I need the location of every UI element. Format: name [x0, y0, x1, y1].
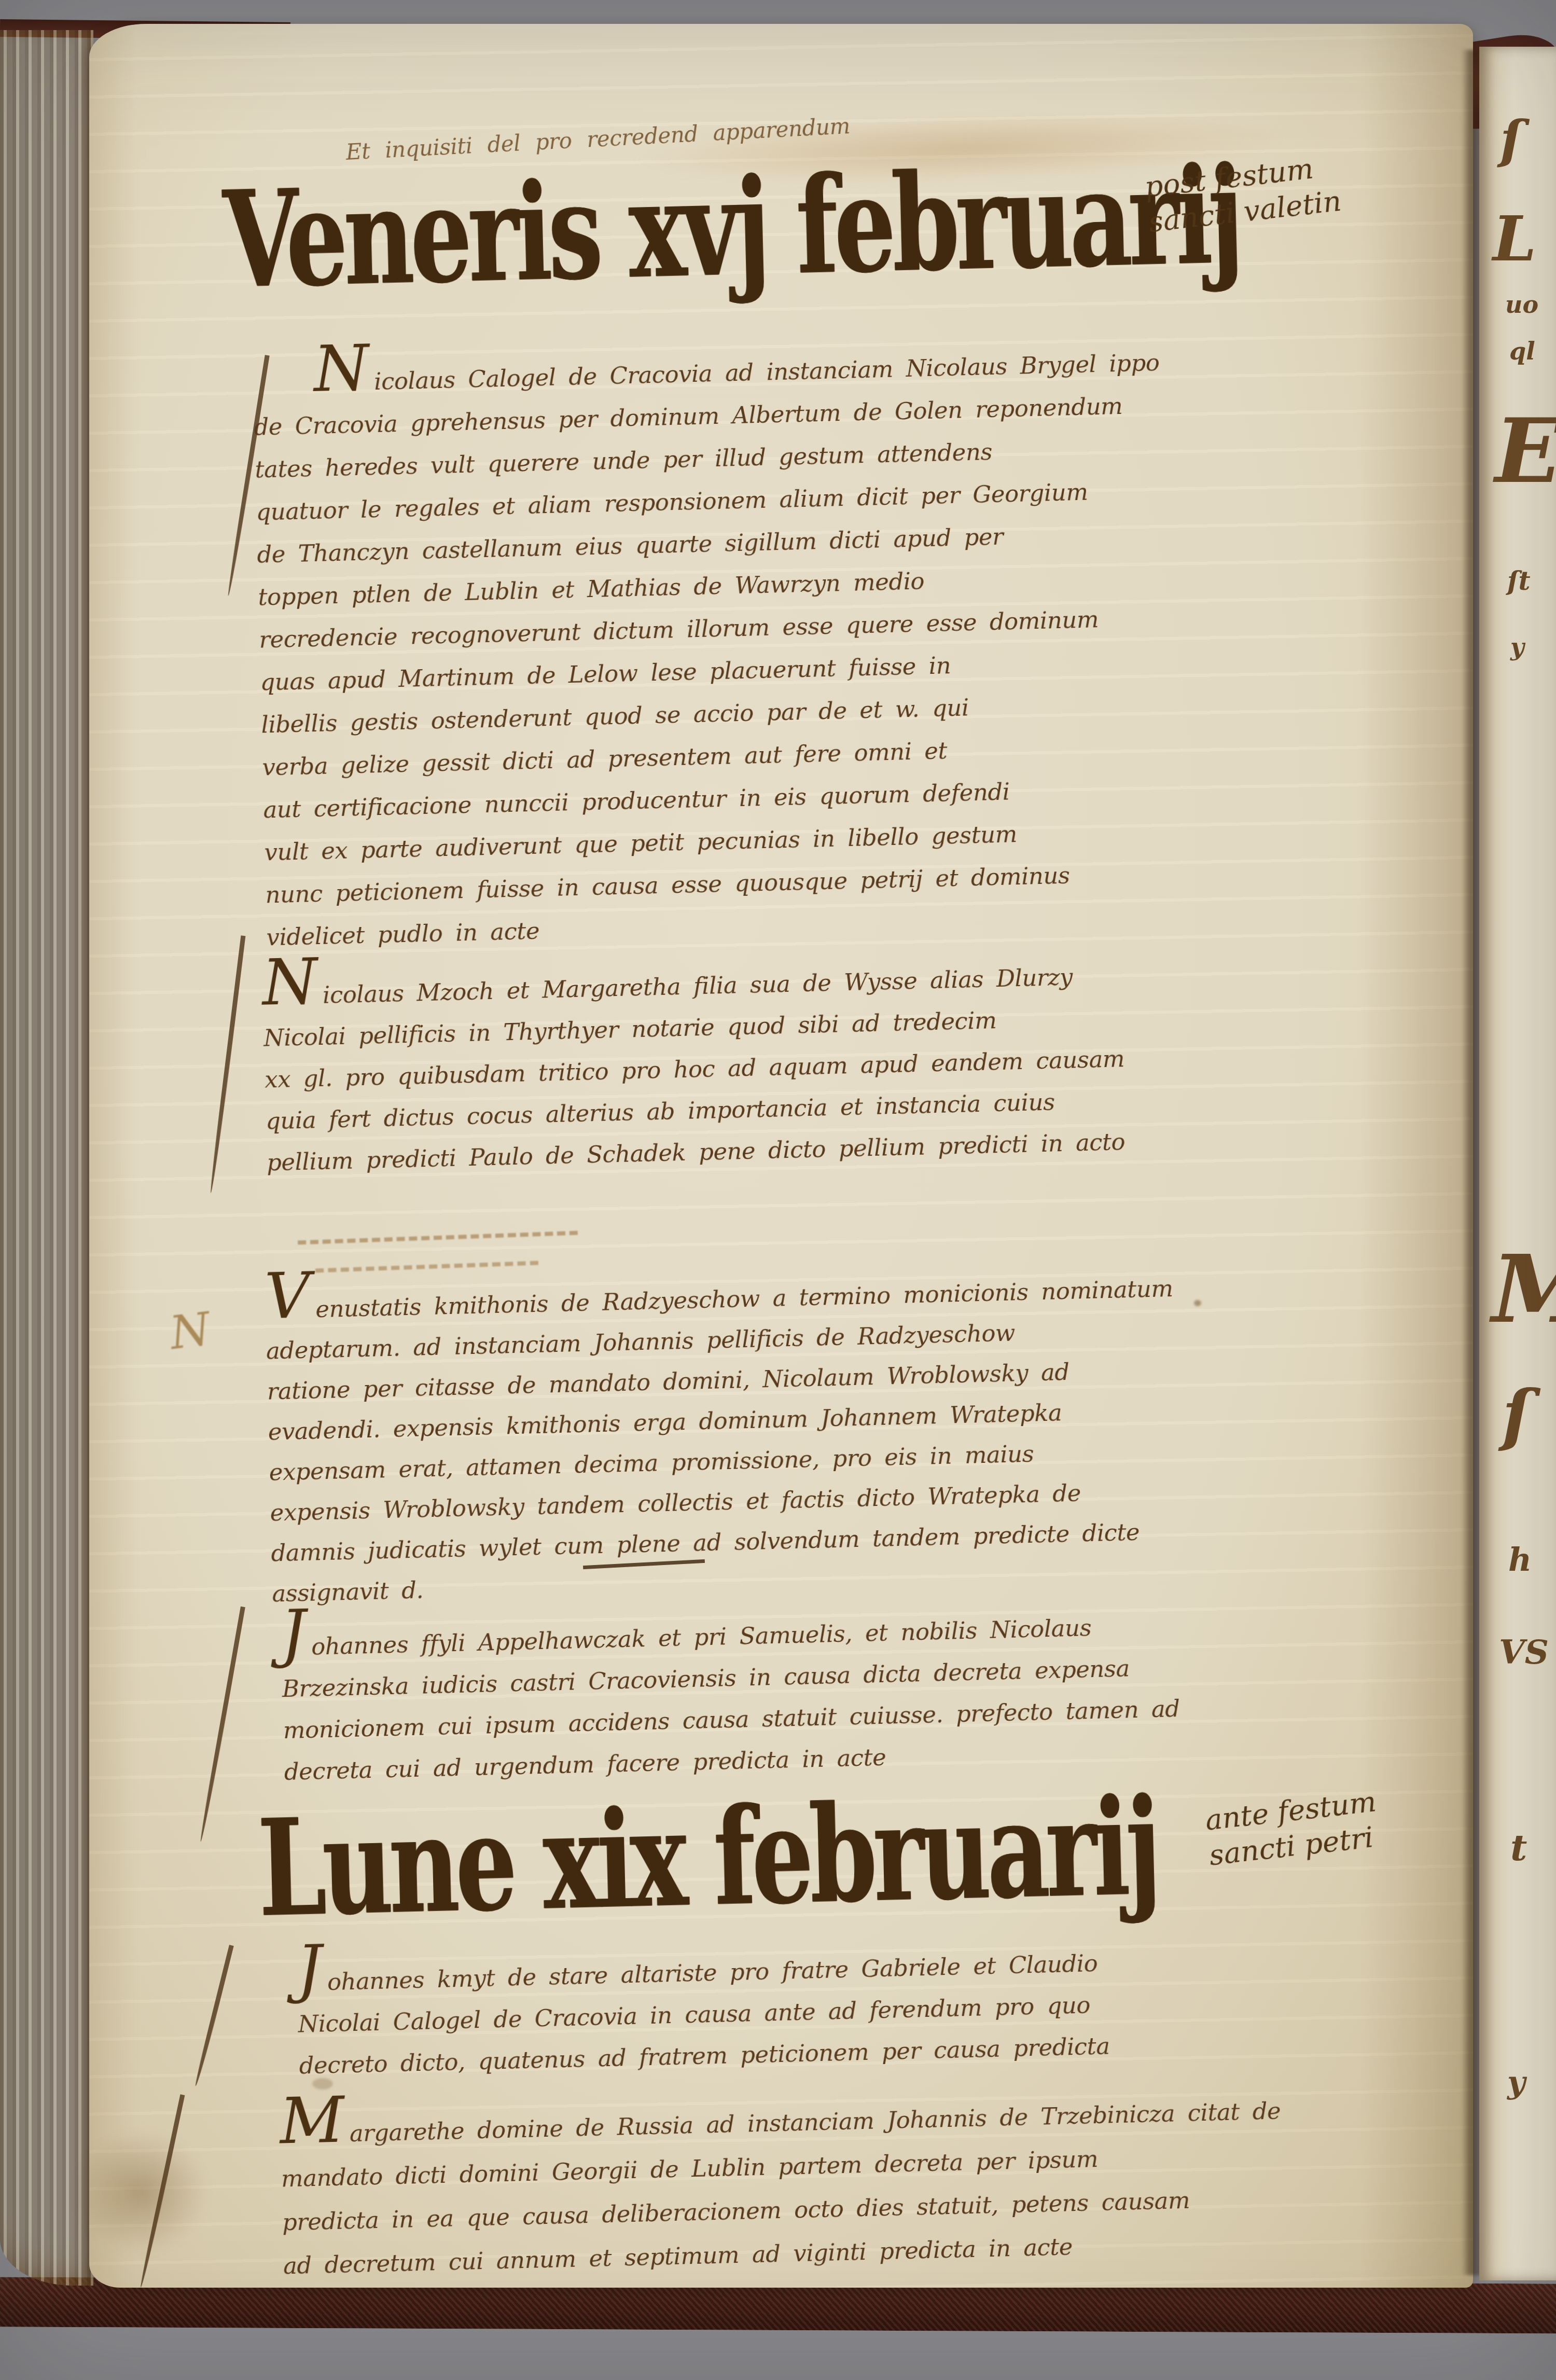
heading-lune: Lune xix februarij — [256, 1768, 1159, 1961]
next-page-text-fragment: E — [1495, 399, 1556, 503]
entry-6: Margarethe domine de Russia ad instancia… — [280, 2074, 1523, 2288]
next-page-text-fragment: t — [1510, 1826, 1527, 1869]
manuscript-photo: N Et inquisiti del pro recredend apparen… — [0, 0, 1556, 2380]
next-page-text-fragment: ſ — [1500, 109, 1522, 170]
next-page-text-fragment: M — [1492, 1235, 1556, 1344]
entry-3: Venustatis kmithonis de Radzyeschow a te… — [265, 1250, 1507, 1614]
next-page-text-fragment: VS — [1499, 1633, 1549, 1672]
next-page-text-fragment: h — [1508, 1541, 1532, 1579]
next-page-text-fragment: L — [1493, 202, 1536, 275]
manuscript-page: N Et inquisiti del pro recredend apparen… — [89, 24, 1473, 2288]
entry-1: Nicolaus Calogel de Cracovia ad instanci… — [252, 324, 1485, 959]
page-text-block: Et inquisiti del pro recredend apparendu… — [63, 8, 1502, 2305]
next-page-text-fragment: uo — [1505, 290, 1538, 319]
next-page-text-fragment: ql — [1509, 337, 1535, 365]
next-page-sliver: ſ L uo ql E ſt y M ſ h VS t y — [1479, 47, 1556, 2280]
heading-veneris: Veneris xvj februarij — [221, 136, 1242, 333]
heading-veneris-text: Veneris xvj februarij — [221, 136, 1241, 318]
next-page-text-fragment: y — [1510, 633, 1524, 661]
next-page-text-fragment: y — [1507, 2065, 1525, 2101]
entry-5: Johannes kmyt de stare altariste pro fra… — [296, 1922, 1503, 2087]
entry-4: Johannes ffyli Appelhawczak et pri Samue… — [281, 1587, 1504, 1793]
entry-2: Nicolaus Mzoch et Margaretha filia sua d… — [262, 936, 1491, 1184]
next-page-text-fragment: ſt — [1507, 565, 1531, 596]
heading-lune-text: Lune xix februarij — [256, 1768, 1159, 1946]
next-page-text-fragment: ſ — [1502, 1375, 1531, 1454]
